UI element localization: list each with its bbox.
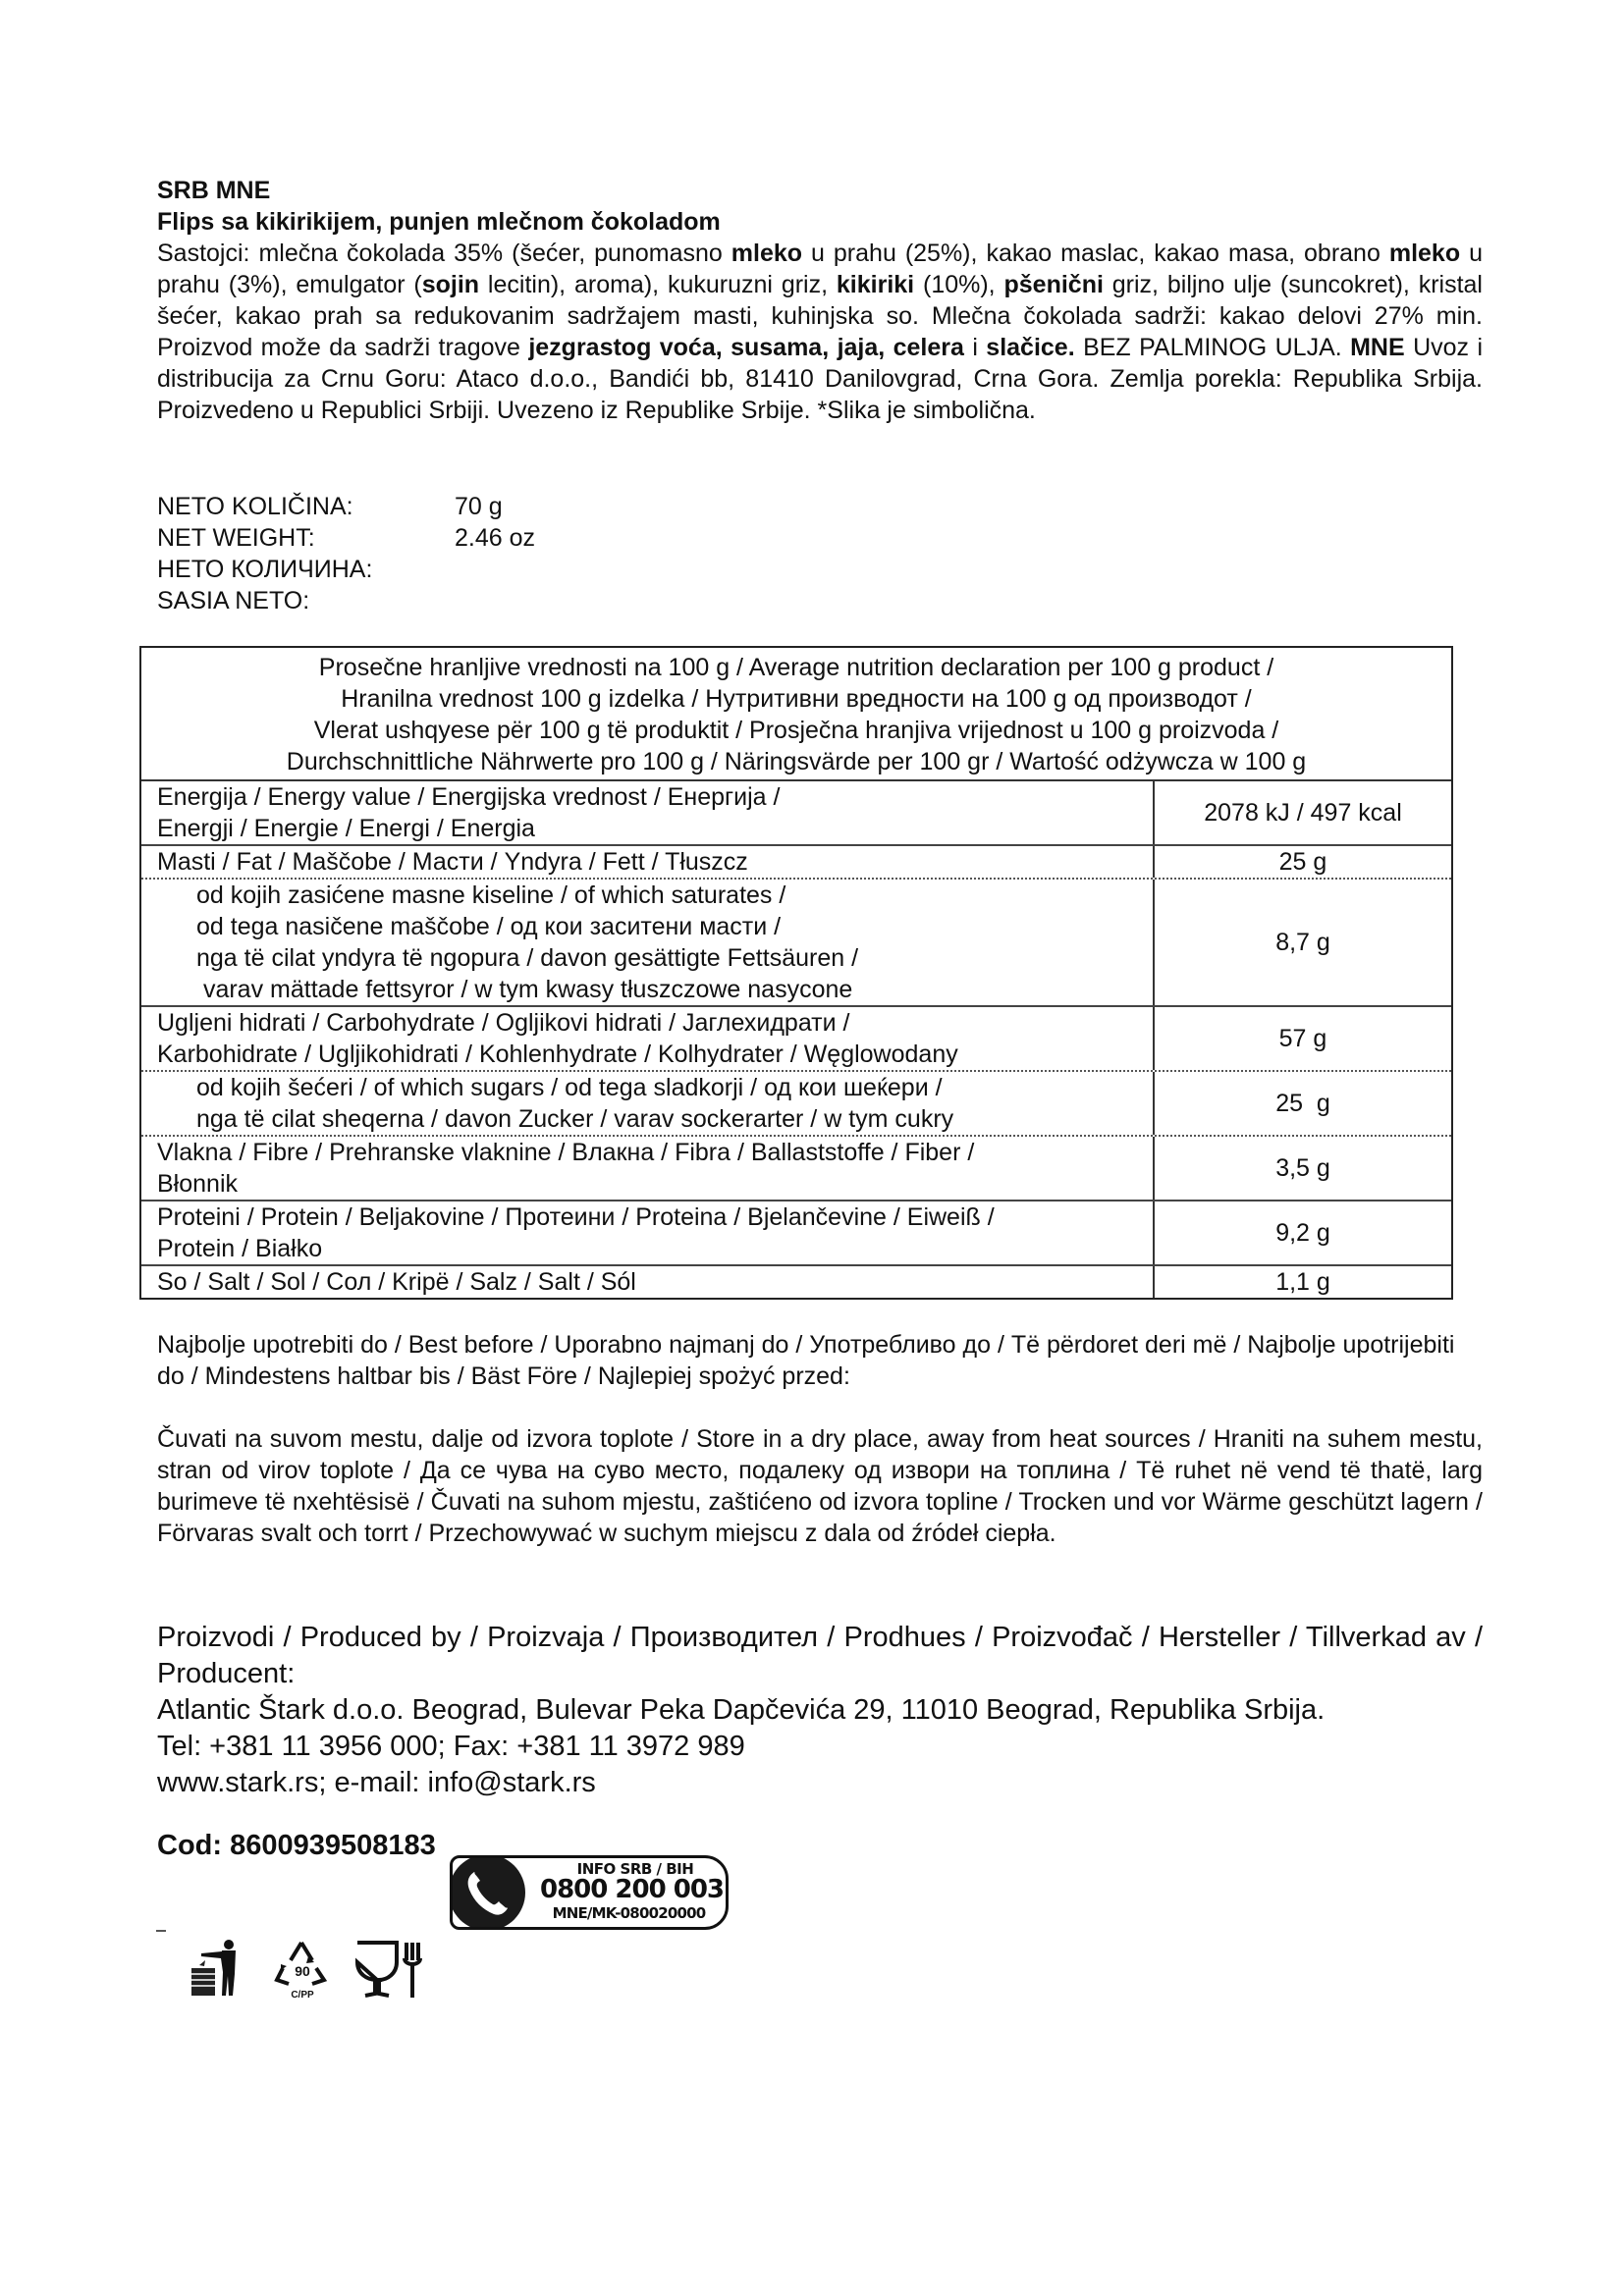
allergen-highlight: kikiriki [837,271,914,298]
nutrient-value: 3,5 g [1155,1137,1451,1200]
producer-label: Proizvodi / Produced by / Proizvaja / Пр… [157,1620,1483,1692]
allergen-highlight: mleko [1389,240,1460,267]
nutrient-label: od kojih zasićene masne kiseline / of wh… [141,880,1155,1005]
nutrition-row: So / Salt / Sol / Сол / Kripë / Salz / S… [141,1266,1451,1298]
small-dash-mark [156,1930,166,1932]
nutrient-label-line: od kojih zasićene masne kiseline / of wh… [196,880,1153,911]
nutrient-label-line: Błonnik [157,1168,1153,1200]
allergen-highlight: pšenični [1004,271,1104,298]
nutrition-row: Energija / Energy value / Energijska vre… [141,781,1451,846]
best-before-text: Najbolje upotrebiti do / Best before / U… [157,1329,1483,1392]
recycle-icon: 90 C/PP [273,1939,330,2004]
nutrient-label-line: Energija / Energy value / Energijska vre… [157,781,1153,813]
net-quantity-label: SASIA NETO: [157,585,455,616]
info-badge-line3: MNE/MK-080020000 [533,1903,725,1923]
nutrient-label: od kojih šećeri / of which sugars / od t… [141,1072,1155,1135]
nutrition-heading-line: Prosečne hranljive vrednosti na 100 g / … [141,652,1451,683]
nutrient-label: Masti / Fat / Maščobe / Масти / Yndyra /… [141,846,1155,878]
ingredients-segment: (10%), [914,271,1003,298]
net-quantity-label: НЕТО КОЛИЧИНА: [157,554,455,585]
nutrient-value: 8,7 g [1155,880,1451,1005]
net-quantity-label: NET WEIGHT: [157,522,455,554]
nutrient-label-line: od tega nasičene maščobe / од кои засите… [196,911,1153,942]
product-name: Flips sa kikirikijem, punjen mlečnom čok… [157,206,721,238]
nutrient-value: 1,1 g [1155,1266,1451,1298]
nutrient-label-line: Protein / Białko [157,1233,1153,1264]
nutrient-label-line: Ugljeni hidrati / Carbohydrate / Ogljiko… [157,1007,1153,1039]
net-quantity-value: 2.46 oz [455,522,535,554]
nutrient-label-line: nga të cilat yndyra të ngopura / davon g… [196,942,1153,974]
producer-web: www.stark.rs; e-mail: info@stark.rs [157,1765,1483,1801]
nutrient-label-line: Energji / Energie / Energi / Energia [157,813,1153,844]
net-quantity-label: NETO KOLIČINA: [157,491,455,522]
info-hotline-badge: INFO SRB / BIH 0800 200 003 MNE/MK-08002… [450,1855,729,1930]
markets-heading: SRB MNE [157,175,270,206]
allergen-highlight: sojin [422,271,479,298]
nutrient-value: 2078 kJ / 497 kcal [1155,781,1451,844]
nutrition-table-heading: Prosečne hranljive vrednosti na 100 g / … [141,648,1451,781]
net-quantity-row: NETO KOLIČINA:70 g [157,491,535,522]
storage-instructions: Čuvati na suvom mestu, dalje od izvora t… [157,1423,1483,1549]
net-quantity-row: NET WEIGHT:2.46 oz [157,522,535,554]
info-badge-phone: 0800 200 003 [536,1875,728,1904]
nutrient-label-line: od kojih šećeri / of which sugars / od t… [196,1072,1153,1103]
product-code: Cod: 8600939508183 [157,1828,436,1863]
nutrient-label-line: varav mättade fettsyror / w tym kwasy tł… [196,974,1153,1005]
nutrient-label: Energija / Energy value / Energijska vre… [141,781,1155,844]
allergen-highlight: MNE [1350,334,1405,361]
ingredients-segment: i [964,334,986,361]
nutrition-heading-line: Durchschnittliche Nährwerte pro 100 g / … [141,746,1451,777]
nutrition-row: Vlakna / Fibre / Prehranske vlaknine / В… [141,1137,1451,1201]
nutrient-label-line: Proteini / Protein / Beljakovine / Проте… [157,1201,1153,1233]
nutrient-label: Ugljeni hidrati / Carbohydrate / Ogljiko… [141,1007,1155,1070]
producer-block: Proizvodi / Produced by / Proizvaja / Пр… [157,1620,1483,1801]
nutrient-label-line: Vlakna / Fibre / Prehranske vlaknine / В… [157,1137,1153,1168]
net-quantity-row: SASIA NETO: [157,585,535,616]
allergen-highlight: mleko [731,240,802,267]
net-quantity-block: NETO KOLIČINA:70 gNET WEIGHT:2.46 ozНЕТО… [157,491,535,616]
ingredients-segment: BEZ PALMINOG ULJA. [1075,334,1350,361]
ingredients-segment: Sastojci: mlečna čokolada 35% (šećer, pu… [157,240,731,267]
nutrient-label: Proteini / Protein / Beljakovine / Проте… [141,1201,1155,1264]
recycle-code: 90 [295,1963,310,1979]
nutrition-table: Prosečne hranljive vrednosti na 100 g / … [139,646,1453,1300]
nutrient-value: 9,2 g [1155,1201,1451,1264]
nutrition-row: Ugljeni hidrati / Carbohydrate / Ogljiko… [141,1007,1451,1072]
nutrient-value: 57 g [1155,1007,1451,1070]
nutrition-row: Proteini / Protein / Beljakovine / Проте… [141,1201,1451,1266]
nutrition-heading-line: Vlerat ushqyese për 100 g të produktit /… [141,715,1451,746]
allergen-highlight: slačice. [986,334,1074,361]
nutrition-row: od kojih zasićene masne kiseline / of wh… [141,880,1451,1007]
nutrient-label: So / Salt / Sol / Сол / Kripë / Salz / S… [141,1266,1155,1298]
food-safe-glass-fork-icon [353,1939,424,2004]
allergen-highlight: jezgrastog voća, susama, jaja, celera [528,334,964,361]
ingredients-segment: lecitin), aroma), kukuruzni griz, [479,271,837,298]
nutrient-label-line: nga të cilat sheqerna / davon Zucker / v… [196,1103,1153,1135]
recycle-material: C/PP [291,1990,314,2000]
nutrition-heading-line: Hranilna vrednost 100 g izdelka / Нутрит… [141,683,1451,715]
nutrition-row: Masti / Fat / Maščobe / Масти / Yndyra /… [141,846,1451,880]
nutrient-label-line: Karbohidrate / Ugljikohidrati / Kohlenhy… [157,1039,1153,1070]
nutrient-label: Vlakna / Fibre / Prehranske vlaknine / В… [141,1137,1155,1200]
ingredients-segment: u prahu (25%), kakao maslac, kakao masa,… [802,240,1389,267]
net-quantity-value: 70 g [455,491,503,522]
tidyman-disposal-icon [189,1939,241,2002]
producer-phone: Tel: +381 11 3956 000; Fax: +381 11 3972… [157,1729,1483,1765]
nutrient-label-line: So / Salt / Sol / Сол / Kripë / Salz / S… [157,1266,1153,1298]
nutrient-value: 25 g [1155,846,1451,878]
nutrient-label-line: Masti / Fat / Maščobe / Масти / Yndyra /… [157,846,1153,878]
net-quantity-row: НЕТО КОЛИЧИНА: [157,554,535,585]
ingredients-text: Sastojci: mlečna čokolada 35% (šećer, pu… [157,238,1483,426]
nutrient-value: 25 g [1155,1072,1451,1135]
phone-icon [450,1855,525,1930]
producer-address: Atlantic Štark d.o.o. Beograd, Bulevar P… [157,1692,1483,1729]
nutrition-row: od kojih šećeri / of which sugars / od t… [141,1072,1451,1137]
